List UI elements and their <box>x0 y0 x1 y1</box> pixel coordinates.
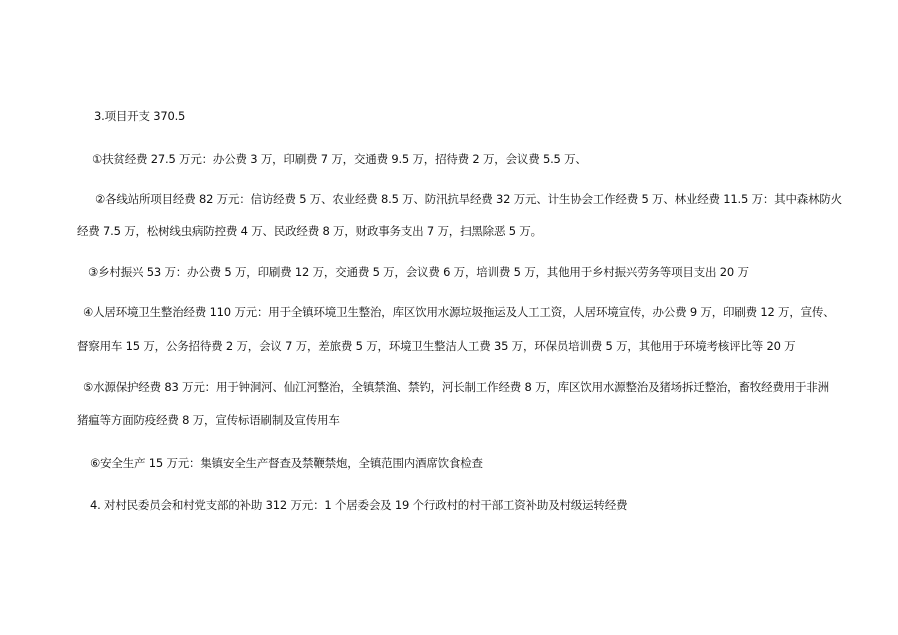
item-4-line-1: ④人居环境卫生整治经费 110 万元：用于全镇环境卫生整治，库区饮用水源垃圾拖运… <box>83 305 835 319</box>
item-3-line-1: ③乡村振兴 53 万：办公费 5 万，印刷费 12 万，交通费 5 万，会议费 … <box>88 265 749 279</box>
item-5-line-1: ⑤水源保护经费 83 万元：用于钟洞河、仙江河整治，全镇禁渔、禁钓，河长制工作经… <box>83 380 829 394</box>
item-4-line-2: 督察用车 15 万，公务招待费 2 万，会议 7 万，差旅费 5 万，环境卫生整… <box>77 339 795 353</box>
item-6-line-1: ⑥安全生产 15 万元：集镇安全生产督查及禁鞭禁炮，全镇范围内酒席饮食检查 <box>90 456 483 470</box>
item-2-line-2: 经费 7.5 万，松树线虫病防控费 4 万、民政经费 8 万，财政事务支出 7 … <box>77 224 542 238</box>
item-2-line-1: ②各线站所项目经费 82 万元：信访经费 5 万、农业经费 8.5 万、防汛抗旱… <box>95 192 842 206</box>
item-5-line-2: 猪瘟等方面防疫经费 8 万，宣传标语刷制及宣传用车 <box>77 413 340 427</box>
section-3-title: 3.项目开支 370.5 <box>94 109 185 123</box>
section-4-text: 4. 对村民委员会和村党支部的补助 312 万元：1 个居委会及 19 个行政村… <box>90 498 627 512</box>
item-1-line-1: ①扶贫经费 27.5 万元：办公费 3 万，印刷费 7 万，交通费 9.5 万，… <box>92 152 587 166</box>
